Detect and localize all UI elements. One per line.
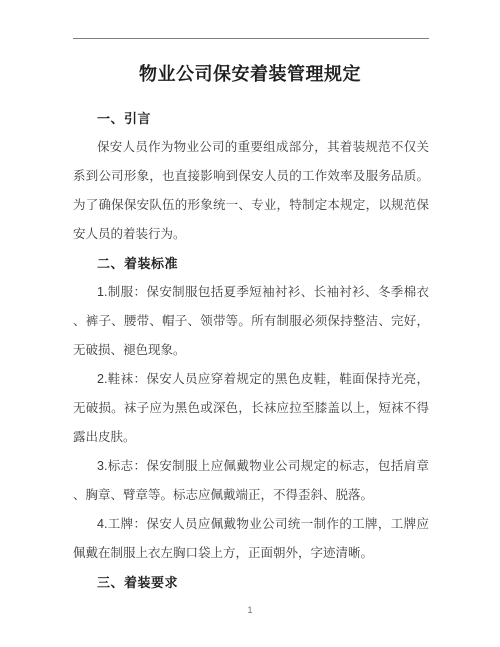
section-heading-dress-requirements: 三、着装要求 [73, 568, 429, 597]
page-number: 1 [0, 605, 500, 615]
paragraph-uniform: 1.制服：保安制服包括夏季短袖衬衫、长袖衬衫、冬季棉衣、裤子、腰带、帽子、领带等… [73, 278, 429, 365]
document-page: 物业公司保安着装管理规定 一、引言 保安人员作为物业公司的重要组成部分，其着装规… [0, 0, 500, 647]
section-heading-dress-standard: 二、着装标准 [73, 249, 429, 278]
paragraph-insignia: 3.标志：保安制服上应佩戴物业公司规定的标志，包括肩章、胸章、臂章等。标志应佩戴… [73, 452, 429, 510]
paragraph-badge: 4.工牌：保安人员应佩戴物业公司统一制作的工牌，工牌应佩戴在制服上衣左胸口袋上方… [73, 510, 429, 568]
document-body: 一、引言 保安人员作为物业公司的重要组成部分，其着装规范不仅关系到公司形象，也直… [73, 104, 429, 597]
document-title: 物业公司保安着装管理规定 [0, 60, 500, 86]
paragraph-shoes-socks: 2.鞋袜：保安人员应穿着规定的黑色皮鞋，鞋面保持光亮，无破损。袜子应为黑色或深色… [73, 365, 429, 452]
header-rule [73, 38, 429, 39]
section-heading-introduction: 一、引言 [73, 104, 429, 133]
paragraph-introduction: 保安人员作为物业公司的重要组成部分，其着装规范不仅关系到公司形象，也直接影响到保… [73, 133, 429, 249]
